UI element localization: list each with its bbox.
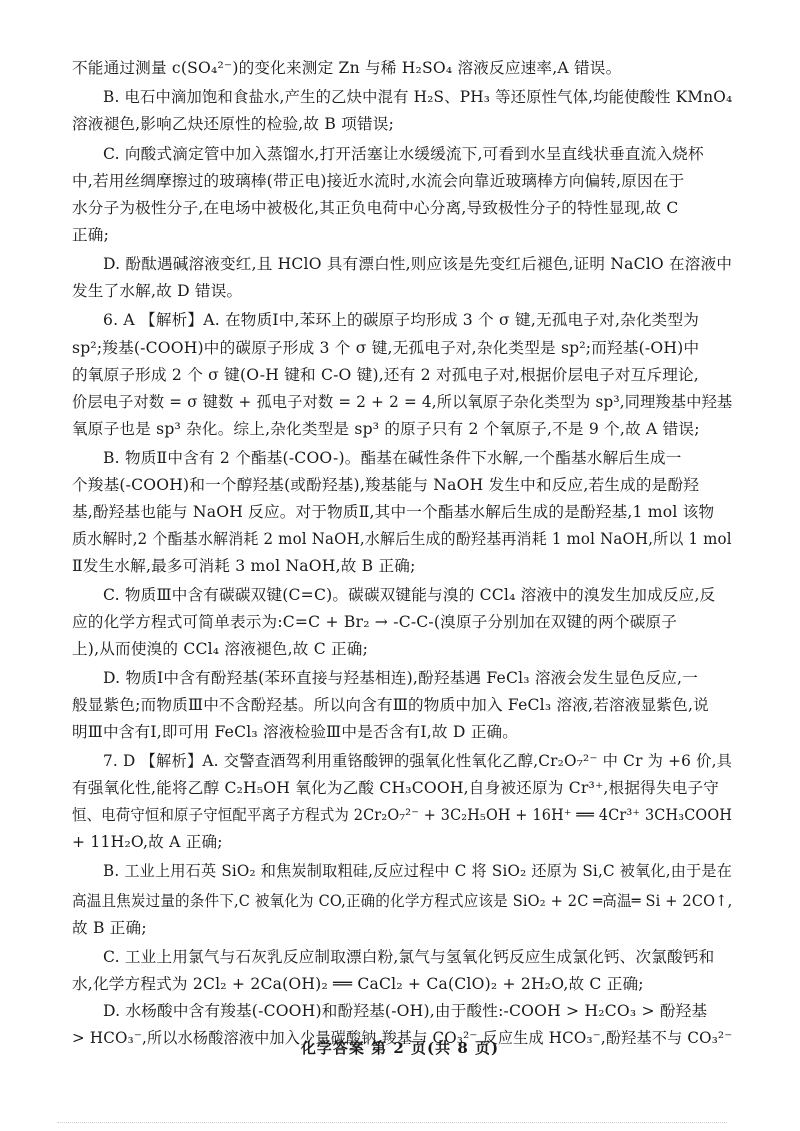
- text-line: 发生了水解,故 D 错误。: [72, 281, 732, 301]
- text-line: B. 电石中滴加饱和食盐水,产生的乙炔中混有 H₂S、PH₃ 等还原性气体,均能…: [103, 87, 720, 107]
- text-line: 不能通过测量 c(SO₄²⁻)的变化来测定 Zn 与稀 H₂SO₄ 溶液反应速率…: [72, 58, 732, 78]
- text-line: C. 向酸式滴定管中加入蒸馏水,打开活塞让水缓缓流下,可看到水呈直线状垂直流入烧…: [103, 144, 732, 164]
- text-line: 明Ⅲ中含有Ⅰ,即可用 FeCl₃ 溶液检验Ⅲ中是否含有Ⅰ,故 D 正确。: [72, 722, 732, 742]
- text-line: 般显紫色;而物质Ⅲ中不含酚羟基。所以向含有Ⅲ的物质中加入 FeCl₃ 溶液,若溶…: [72, 695, 732, 715]
- text-line: 上),从而使溴的 CCl₄ 溶液褪色,故 C 正确;: [72, 639, 732, 659]
- document-page: 不能通过测量 c(SO₄²⁻)的变化来测定 Zn 与稀 H₂SO₄ 溶液反应速率…: [0, 0, 800, 1131]
- text-line: 水分子为极性分子,在电场中被极化,其正负电荷中心分离,导致极性分子的特性显现,故…: [72, 198, 732, 218]
- text-line: + 11H₂O,故 A 正确;: [72, 832, 732, 852]
- text-line: 7. D 【解析】A. 交警查酒驾利用重铬酸钾的强氧化性氧化乙醇,Cr₂O₇²⁻…: [103, 751, 719, 771]
- text-line: C. 物质Ⅲ中含有碳碳双键(C=C)。碳碳双键能与溴的 CCl₄ 溶液中的溴发生…: [103, 585, 732, 605]
- text-line: D. 物质Ⅰ中含有酚羟基(苯环直接与羟基相连),酚羟基遇 FeCl₃ 溶液会发生…: [103, 668, 732, 688]
- bottom-divider: [57, 1122, 727, 1123]
- text-line: 价层电子对数 = σ 键数 + 孤电子对数 = 2 + 2 = 4,所以氧原子杂…: [72, 392, 714, 412]
- text-line: 应的化学方程式可简单表示为:C=C + Br₂ → -C-C-(溴原子分别加在双…: [72, 612, 732, 632]
- text-line: D. 酚酞遇碱溶液变红,且 HClO 具有漂白性,则应该是先变红后褪色,证明 N…: [103, 254, 731, 274]
- text-line: B. 物质Ⅱ中含有 2 个酯基(-COO-)。酯基在碱性条件下水解,一个酯基水解…: [103, 448, 732, 468]
- text-line: 基,酚羟基也能与 NaOH 反应。对于物质Ⅱ,其中一个酯基水解后生成的是酚羟基,…: [72, 502, 732, 522]
- text-line: Ⅱ发生水解,最多可消耗 3 mol NaOH,故 B 正确;: [72, 556, 732, 576]
- text-line: 质水解时,2 个酯基水解消耗 2 mol NaOH,水解后生成的酚羟基再消耗 1…: [72, 529, 706, 549]
- text-line: 故 B 正确;: [72, 918, 732, 938]
- text-line: 恒、电荷守恒和原子守恒配平离子方程式为 2Cr₂O₇²⁻ + 3C₂H₅OH +…: [72, 805, 681, 825]
- text-line: 个羧基(-COOH)和一个醇羟基(或酚羟基),羧基能与 NaOH 发生中和反应,…: [72, 475, 732, 495]
- text-line: B. 工业上用石英 SiO₂ 和焦炭制取粗硅,反应过程中 C 将 SiO₂ 还原…: [103, 861, 714, 881]
- text-line: sp²;羧基(-COOH)中的碳原子形成 3 个 σ 键,无孤电子对,杂化类型是…: [72, 338, 732, 358]
- text-line: 有强氧化性,能将乙醇 C₂H₅OH 氧化为乙酸 CH₃COOH,自身被还原为 C…: [72, 778, 732, 798]
- text-line: 的氧原子形成 2 个 σ 键(O-H 键和 C-O 键),还有 2 对孤电子对,…: [72, 365, 732, 385]
- text-line: 6. A 【解析】A. 在物质Ⅰ中,苯环上的碳原子均形成 3 个 σ 键,无孤电…: [103, 310, 732, 330]
- text-line: 正确;: [72, 225, 732, 245]
- page-footer: 化学答案 第 2 页(共 8 页): [0, 1037, 800, 1058]
- text-line: 溶液褪色,影响乙炔还原性的检验,故 B 项错误;: [72, 114, 732, 134]
- text-line: 中,若用丝绸摩擦过的玻璃棒(带正电)接近水流时,水流会向靠近玻璃棒方向偏转,原因…: [72, 171, 732, 191]
- text-line: 水,化学方程式为 2Cl₂ + 2Ca(OH)₂ ══ CaCl₂ + Ca(C…: [72, 974, 732, 994]
- text-line: 高温且焦炭过量的条件下,C 被氧化为 CO,正确的化学方程式应该是 SiO₂ +…: [72, 891, 687, 911]
- text-line: D. 水杨酸中含有羧基(-COOH)和酚羟基(-OH),由于酸性:-COOH >…: [103, 1001, 732, 1021]
- text-line: C. 工业上用氯气与石灰乳反应制取漂白粉,氯气与氢氧化钙反应生成氯化钙、次氯酸钙…: [103, 947, 732, 967]
- text-line: 氧原子也是 sp³ 杂化。综上,杂化类型是 sp³ 的原子只有 2 个氧原子,不…: [72, 419, 732, 439]
